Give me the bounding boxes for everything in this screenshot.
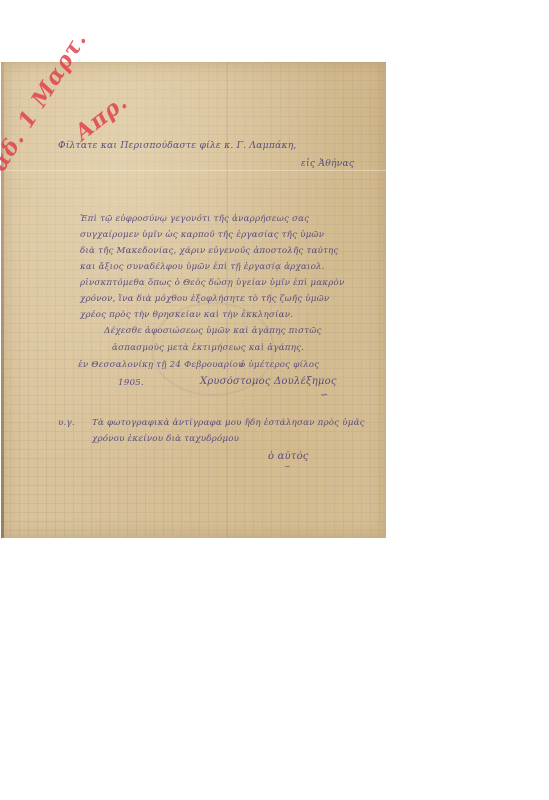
body-line: ρἱνσκπτόμεθα ὅπως ὁ Θεὸς δώσῃ ὑγείαν ὑμῖ… — [80, 278, 344, 288]
place-date-line: ἐν Θεσσαλονίκῃ τῇ 24 Φεβρουαρίου — [78, 360, 244, 370]
body-line: ἀσπασμοὺς μετὰ ἐκτιμήσεως καὶ ἀγάπης. — [112, 343, 304, 353]
body-line: Ἐπὶ τῷ εὐφροσύνῳ γεγονότι τῆς ἀναρρήσεως… — [80, 214, 309, 224]
year-line: 1905. — [118, 378, 144, 388]
body-line: χρόνον, ἵνα διὰ μόχθου ἐξοφλήσητε τὸ τῆς… — [80, 294, 329, 304]
salutation-destination: εἰς Ἀθήνας — [301, 158, 354, 169]
signature-flourish-icon: ∽ — [320, 390, 328, 401]
postscript-signoff: ὁ αὐτός — [268, 451, 309, 462]
body-line: χρέος πρὸς τὴν θρησκείαν καὶ τὴν ἐκκλησί… — [80, 310, 293, 320]
signature: Χρυσόστομος Δουλέξημος — [200, 376, 337, 387]
paper-fold-crease — [1, 170, 386, 171]
body-line: συγχαίρομεν ὑμῖν ὡς καρποῦ τῆς ἐργασίας … — [80, 230, 324, 240]
postscript-flourish-icon: ∽ — [284, 462, 291, 471]
body-line: διὰ τῆς Μακεδονίας, χάριν εὐγενοῦς ἀποστ… — [80, 246, 338, 256]
body-line: και ἄξιος συναδέλφου ὑμῶν ἐπὶ τῇ ἐργασίᾳ… — [80, 262, 325, 272]
postscript-marker: υ.γ. — [58, 418, 75, 428]
postscript-line: Τὰ φωτογραφικὰ ἀντίγραφα μου ἤδη ἐστάλησ… — [92, 418, 365, 428]
salutation-line: Φίλτατε και Περισπούδαστε φίλε κ. Γ. Λαμ… — [58, 140, 297, 151]
body-line: Δέχεσθε ἀφοσιώσεως ὑμῶν καὶ ἀγάπης πιστῶ… — [104, 326, 322, 336]
signoff-line: ὁ ὑμέτερος φίλος — [240, 360, 319, 370]
postscript-line: χρόνου ἐκείνου διὰ ταχυδρόμου — [92, 434, 239, 444]
